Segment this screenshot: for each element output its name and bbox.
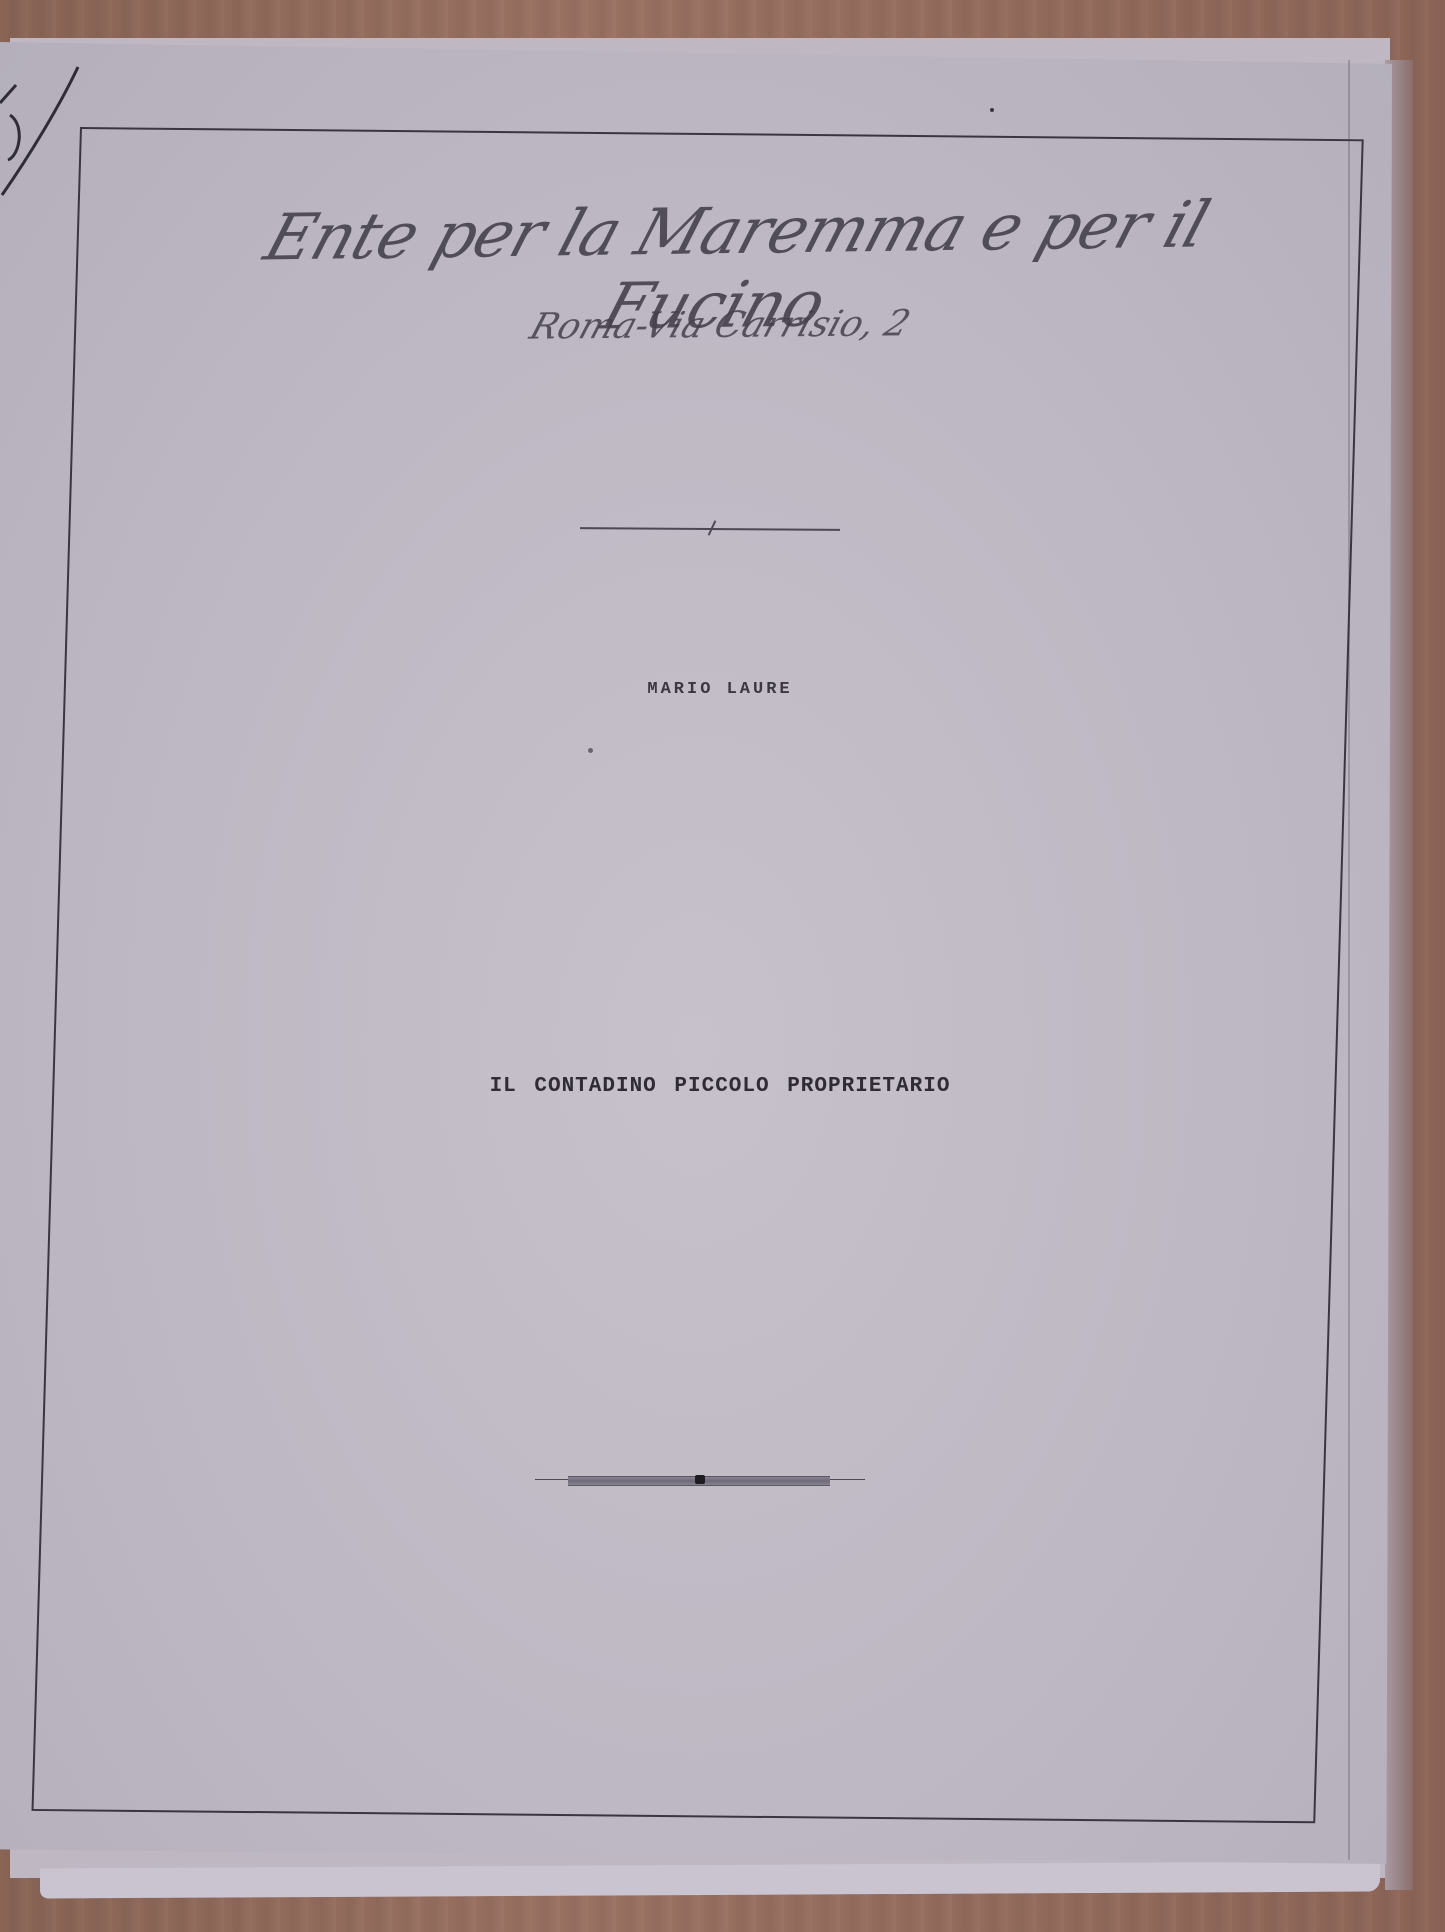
ornament-center-mark xyxy=(695,1475,705,1484)
bottom-ornament-rule xyxy=(535,1475,865,1487)
letterhead-address: Roma-Via Carrisio, 2 xyxy=(413,302,1028,348)
document-title: IL CONTADINO PICCOLO PROPRIETARIO xyxy=(420,1075,1020,1098)
ink-speck xyxy=(990,108,994,112)
margin-annotation-mark xyxy=(0,55,90,205)
page-border-frame xyxy=(32,127,1364,1823)
ink-speck xyxy=(588,748,593,753)
author-name: MARIO LAURE xyxy=(580,680,860,699)
